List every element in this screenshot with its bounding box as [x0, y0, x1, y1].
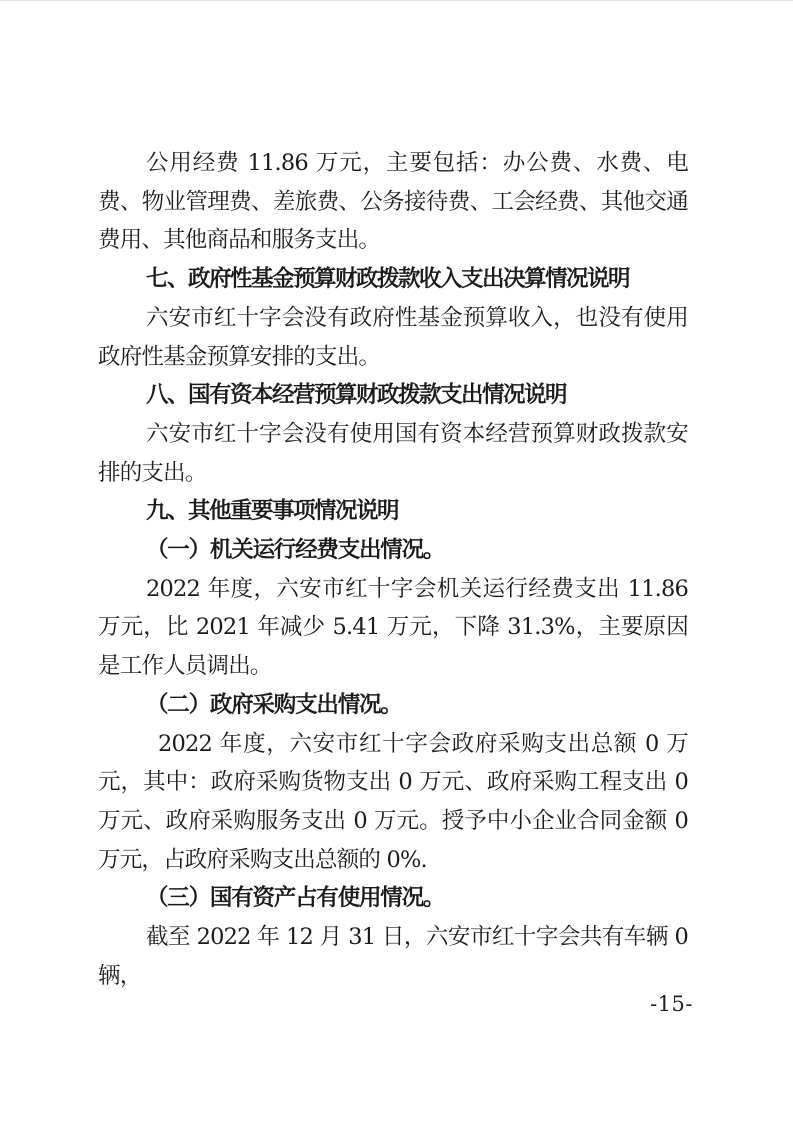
page-number: -15- [650, 992, 693, 1016]
document-body: 公用经费 11.86 万元，主要包括：办公费、水费、电费、物业管理费、差旅费、公… [98, 144, 688, 995]
section-heading-8-state-capital-budget: 八、国有资本经营预算财政拨款支出情况说明 [98, 376, 688, 415]
paragraph-public-funds-breakdown: 公用经费 11.86 万元，主要包括：办公费、水费、电费、物业管理费、差旅费、公… [98, 144, 688, 260]
paragraph-government-procurement: 2022 年度，六安市红十字会政府采购支出总额 0 万元，其中：政府采购货物支出… [98, 725, 688, 880]
section-heading-9-other-important-matters: 九、其他重要事项情况说明 [98, 492, 688, 531]
section-heading-7-government-funds-budget: 七、政府性基金预算财政拨款收入支出决算情况说明 [98, 260, 688, 299]
paragraph-agency-operating-expense: 2022 年度，六安市红十字会机关运行经费支出 11.86 万元，比 2021 … [98, 570, 688, 686]
document-page: 公用经费 11.86 万元，主要包括：办公费、水费、电费、物业管理费、差旅费、公… [0, 0, 793, 1122]
paragraph-state-assets-usage: 截至 2022 年 12 月 31 日，六安市红十字会共有车辆 0 辆， [98, 918, 688, 995]
subheading-3-state-assets-usage: （三）国有资产占有使用情况。 [98, 879, 688, 918]
subheading-2-government-procurement: （二）政府采购支出情况。 [98, 686, 688, 725]
paragraph-state-capital-budget: 六安市红十字会没有使用国有资本经营预算财政拨款安排的支出。 [98, 415, 688, 492]
paragraph-government-funds-budget: 六安市红十字会没有政府性基金预算收入，也没有使用政府性基金预算安排的支出。 [98, 299, 688, 376]
subheading-1-agency-operating-expense: （一）机关运行经费支出情况。 [98, 531, 688, 570]
